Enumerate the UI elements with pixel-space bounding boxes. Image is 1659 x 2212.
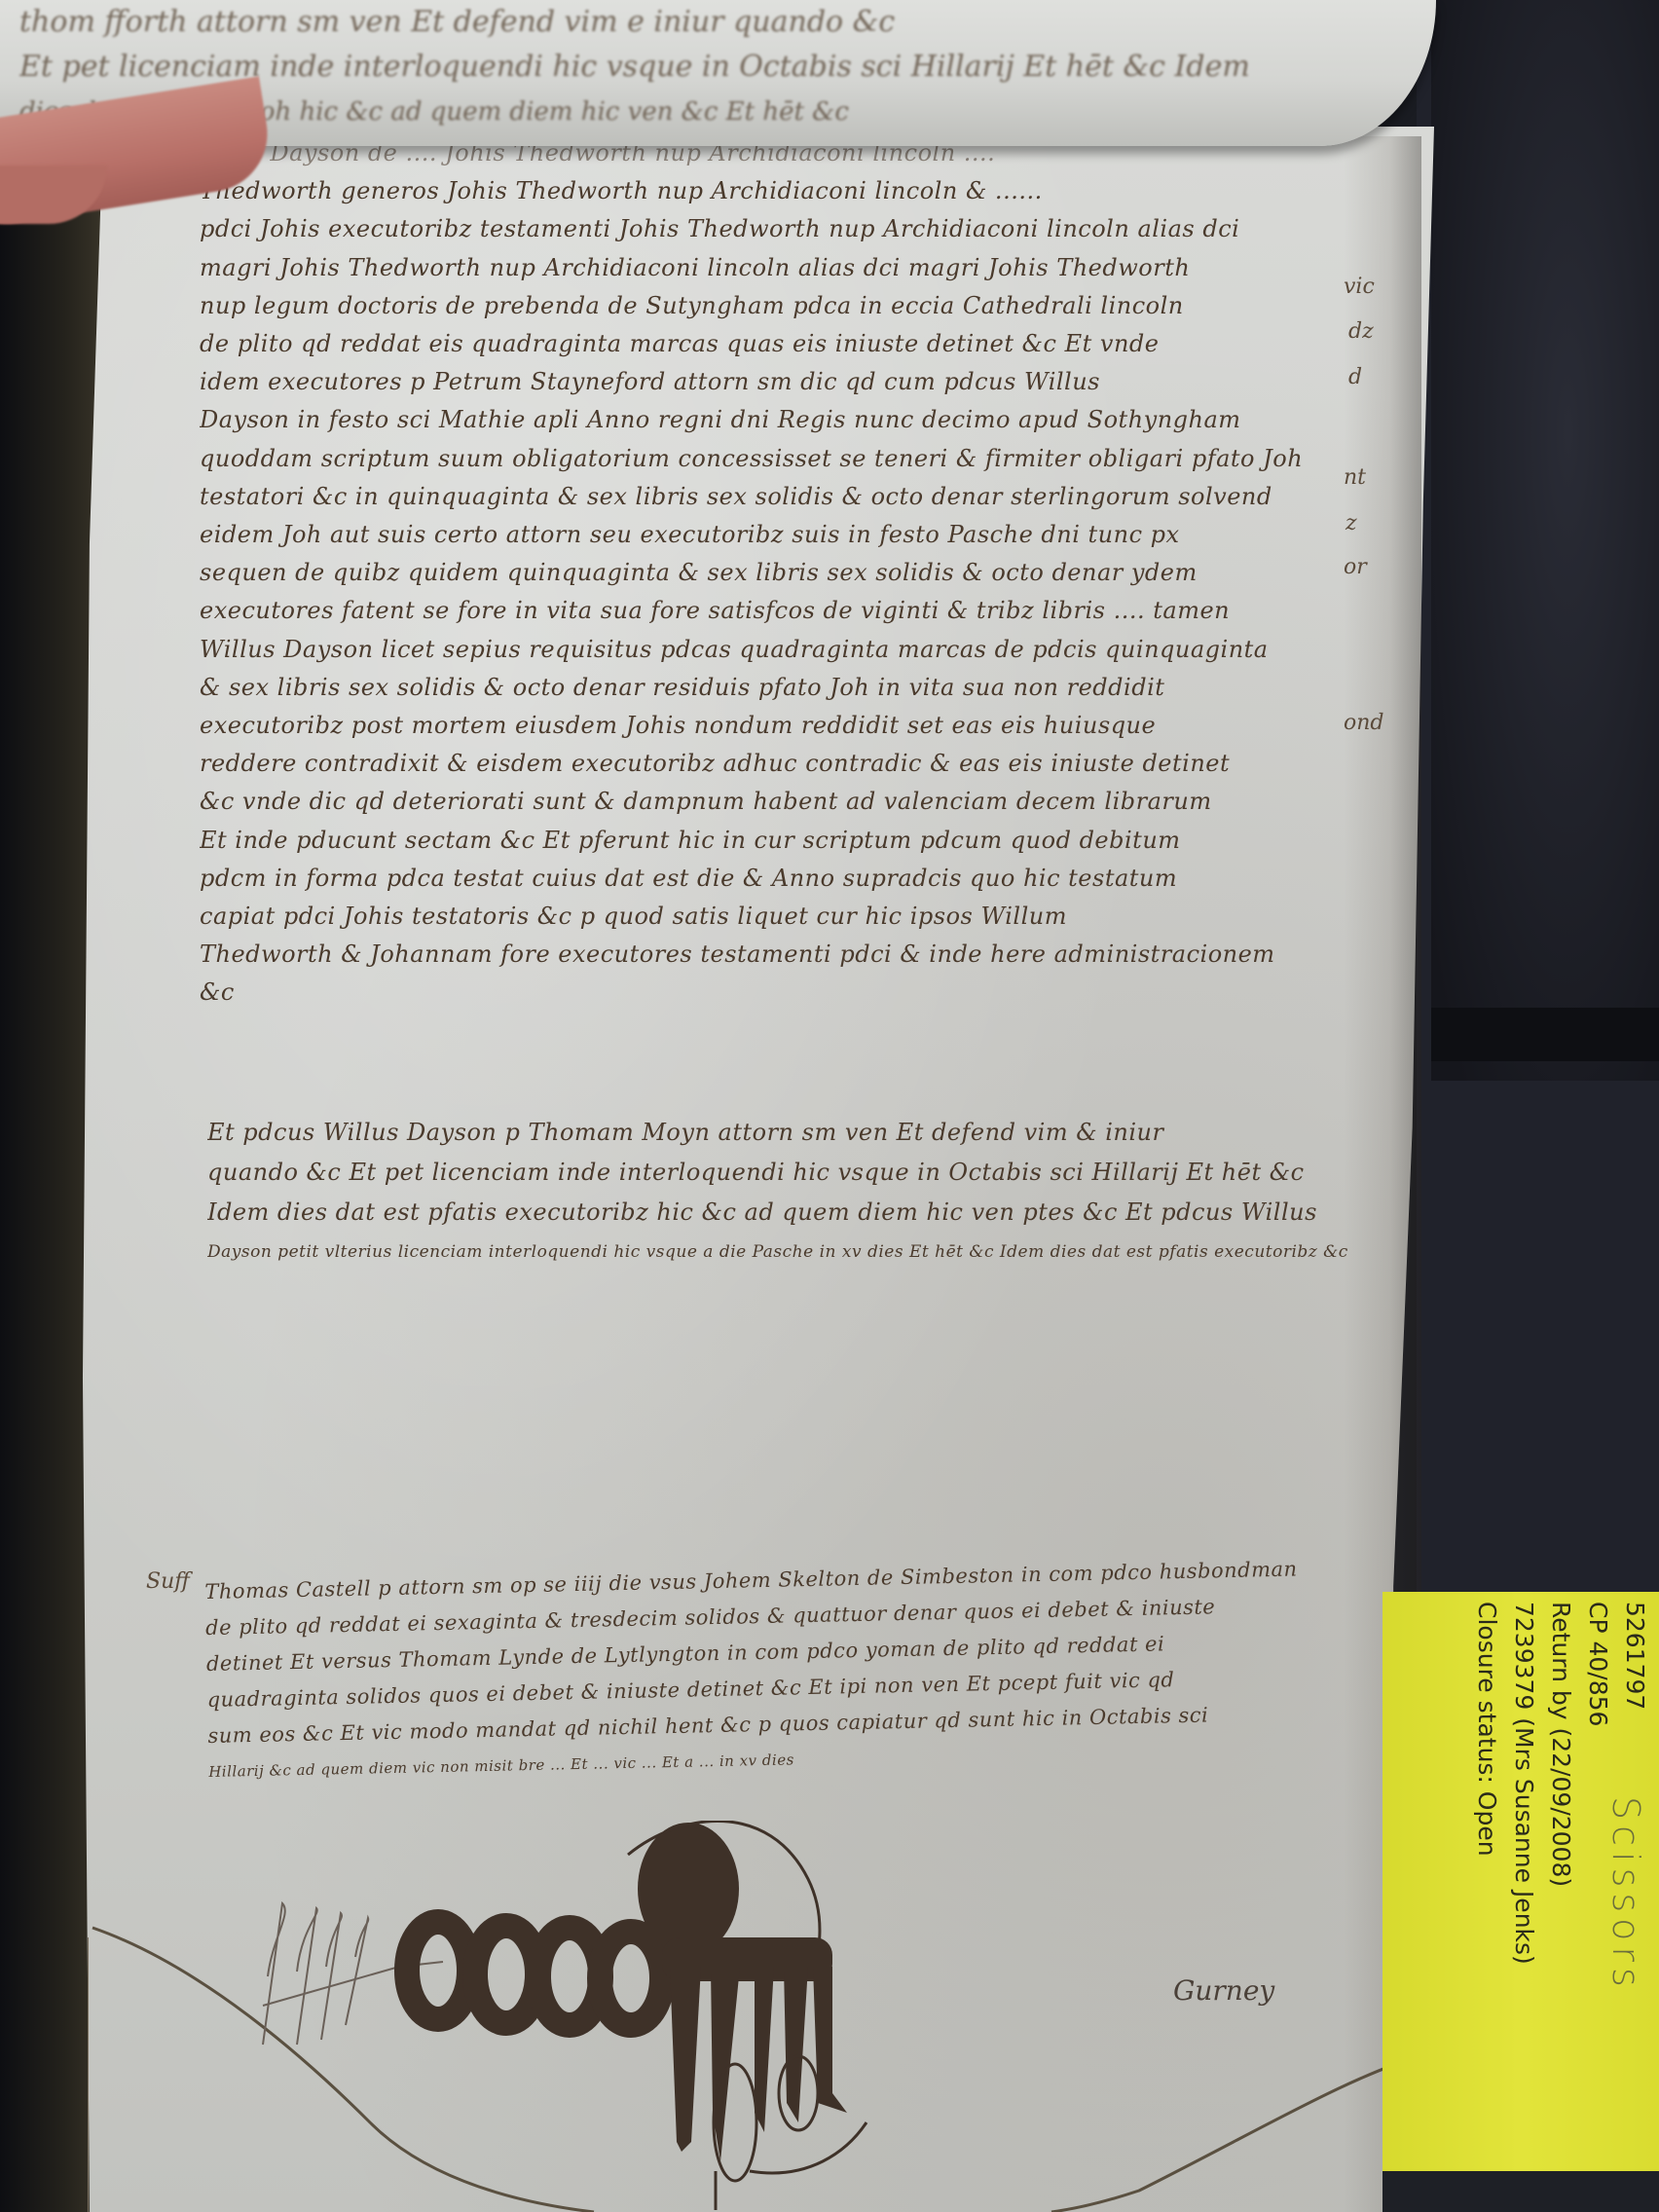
plea-entry-third: Thomas Castell p attorn sm op se iiij di…	[204, 1548, 1469, 1790]
text-line: thom fforth attorn sm ven Et defend vim …	[19, 0, 1402, 45]
text-line: testatori &c in quinquaginta & sex libri…	[200, 478, 1407, 516]
slip-closure-status: Closure status: Open	[1468, 1602, 1505, 2147]
text-line: de plito qd reddat eis quadraginta marca…	[200, 325, 1407, 363]
text-line: nup legum doctoris de prebenda de Sutyng…	[200, 287, 1407, 325]
text-line: executoribz post mortem eiusdem Johis no…	[200, 707, 1407, 745]
text-line: &c vnde dic qd deteriorati sunt & dampnu…	[200, 783, 1407, 821]
text-line: capiat pdci Johis testatoris &c p quod s…	[200, 898, 1407, 936]
text-line: idem executores p Petrum Stayneford atto…	[200, 363, 1407, 401]
text-line: magri Johis Thedworth nup Archidiaconi l…	[200, 249, 1407, 287]
text-line: Dayson petit vlterius licenciam interloq…	[207, 1233, 1410, 1272]
text-line: &c	[200, 974, 1407, 1012]
text-line: executores fatent se fore in vita sua fo…	[200, 592, 1407, 630]
text-line: pdcm in forma pdca testat cuius dat est …	[200, 860, 1407, 898]
slip-reader: 7239379 (Mrs Susanne Jenks)	[1505, 1602, 1542, 2147]
text-line: Idem dies dat est pfatis executoribz hic…	[207, 1193, 1410, 1233]
text-line: Dayson in festo sci Mathie apli Anno reg…	[200, 401, 1407, 439]
county-margin-label: Suff	[146, 1569, 190, 1594]
text-line: quoddam scriptum suum obligatorium conce…	[200, 440, 1407, 478]
foam-support-gap	[1431, 1008, 1659, 1061]
text-line: sequen de quibz quidem quinquaginta & se…	[200, 554, 1407, 592]
text-line: Et pdcus Willus Dayson p Thomam Moyn att…	[207, 1113, 1410, 1153]
plea-entry-main: Willo Dayson de .... Johis Thedworth nup…	[200, 134, 1407, 1013]
clerk-signature: Gurney	[1173, 1974, 1274, 2007]
notarial-mark-icon	[224, 1821, 1003, 2210]
text-line: reddere contradixit & eisdem executoribz…	[200, 745, 1407, 783]
slip-handwritten-note: Scissors	[1597, 1796, 1655, 2147]
foam-support-right	[1431, 0, 1659, 1081]
slip-return-date: Return by (22/09/2008)	[1542, 1602, 1579, 2147]
text-line: Thedworth generos Johis Thedworth nup Ar…	[200, 172, 1407, 210]
plea-entry-second: Et pdcus Willus Dayson p Thomam Moyn att…	[207, 1113, 1410, 1272]
text-line: Et inde pducunt sectam &c Et pferunt hic…	[200, 822, 1407, 860]
text-line: quando &c Et pet licenciam inde interloq…	[207, 1153, 1410, 1193]
text-line: Thedworth & Johannam fore executores tes…	[200, 936, 1407, 974]
text-line: eidem Joh aut suis certo attorn seu exec…	[200, 516, 1407, 554]
dark-background-bottom-right	[1382, 2171, 1659, 2212]
text-line: & sex libris sex solidis & octo denar re…	[200, 669, 1407, 707]
text-line: Willus Dayson licet sepius requisitus pd…	[200, 631, 1407, 669]
text-line: pdci Johis executoribz testamenti Johis …	[200, 210, 1407, 248]
